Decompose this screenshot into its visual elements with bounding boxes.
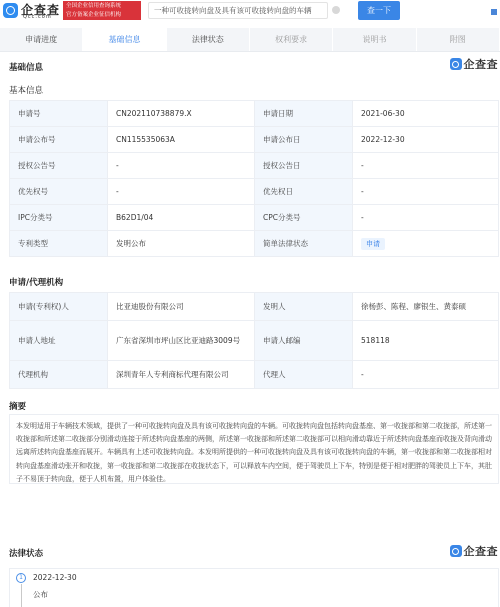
field-label: 申请日期 bbox=[255, 101, 353, 127]
field-label: 代理机构 bbox=[10, 361, 108, 389]
application-date: 2021-06-30 bbox=[353, 101, 499, 127]
cpc-class: - bbox=[353, 205, 499, 231]
table-row: 申请号 CN202110738879.X 申请日期 2021-06-30 bbox=[10, 101, 499, 127]
section-title-legal-status: 法律状态 bbox=[9, 547, 43, 559]
field-label: 授权公告日 bbox=[255, 153, 353, 179]
field-label: IPC分类号 bbox=[10, 205, 108, 231]
search-input[interactable]: 一种可收拢转向盘及具有该可收拢转向盘的车辆 bbox=[148, 2, 328, 19]
tab-bar: 申请进度 基础信息 法律状态 权利要求 说明书 附图 bbox=[0, 28, 500, 52]
section-subtitle-basic: 基本信息 bbox=[9, 84, 43, 96]
field-label: 申请号 bbox=[10, 101, 108, 127]
table-row: 授权公告号 - 授权公告日 - bbox=[10, 153, 499, 179]
qcc-logo-icon bbox=[450, 58, 462, 70]
abstract-text: 本发明适用于车辆技术领域，提供了一种可收拢转向盘及具有该可收拢转向盘的车辆。可收… bbox=[9, 414, 499, 484]
official-badge: 全国企业信用查询系统 官方备案企业征信机构 bbox=[63, 1, 141, 20]
qcc-logo-icon bbox=[450, 545, 462, 557]
table-row: 优先权号 - 优先权日 - bbox=[10, 179, 499, 205]
app-grid-icon[interactable] bbox=[491, 9, 497, 15]
priority-date: - bbox=[353, 179, 499, 205]
legal-status-cell: 申请 bbox=[353, 231, 499, 257]
field-label: 申请公布号 bbox=[10, 127, 108, 153]
table-row: 专利类型 发明公布 简单法律状态 申请 bbox=[10, 231, 499, 257]
field-label: 申请公布日 bbox=[255, 127, 353, 153]
field-label: 申请人地址 bbox=[10, 321, 108, 361]
agent: - bbox=[353, 361, 499, 389]
table-row: 申请(专利权)人 比亚迪股份有限公司 发明人 徐杨彭、陈程、廖银生、黄泰硕 bbox=[10, 293, 499, 321]
status-badge: 申请 bbox=[361, 238, 385, 250]
grant-number: - bbox=[108, 153, 255, 179]
field-label: 授权公告号 bbox=[10, 153, 108, 179]
applicant-address: 广东省深圳市坪山区比亚迪路3009号 bbox=[108, 321, 255, 361]
legal-status-text: 公布 bbox=[33, 589, 48, 600]
field-label: 优先权日 bbox=[255, 179, 353, 205]
section-title-abstract: 摘要 bbox=[9, 400, 26, 412]
tab-legal-status[interactable]: 法律状态 bbox=[167, 28, 250, 51]
tab-drawings[interactable]: 附图 bbox=[417, 28, 500, 51]
agency-link[interactable]: 深圳青年人专利商标代理有限公司 bbox=[108, 361, 255, 389]
qcc-logo-icon[interactable] bbox=[3, 3, 18, 18]
patent-type: 发明公布 bbox=[108, 231, 255, 257]
brand-watermark: 企查查 bbox=[450, 544, 499, 558]
tab-application-progress[interactable]: 申请进度 bbox=[0, 28, 83, 51]
badge-line-1: 全国企业信用查询系统 bbox=[66, 2, 138, 11]
search-button[interactable]: 查一下 bbox=[358, 1, 400, 20]
priority-number: - bbox=[108, 179, 255, 205]
field-label: 简单法律状态 bbox=[255, 231, 353, 257]
brand-watermark: 企查查 bbox=[450, 57, 499, 71]
inventors: 徐杨彭、陈程、廖银生、黄泰硕 bbox=[353, 293, 499, 321]
field-label: 发明人 bbox=[255, 293, 353, 321]
publication-number: CN115535063A bbox=[108, 127, 255, 153]
publication-date: 2022-12-30 bbox=[353, 127, 499, 153]
tab-description[interactable]: 说明书 bbox=[333, 28, 416, 51]
applicant-link[interactable]: 比亚迪股份有限公司 bbox=[108, 293, 255, 321]
application-number: CN202110738879.X bbox=[108, 101, 255, 127]
field-label: CPC分类号 bbox=[255, 205, 353, 231]
clear-search-icon[interactable] bbox=[332, 6, 340, 14]
field-label: 优先权号 bbox=[10, 179, 108, 205]
applicant-postcode: 518118 bbox=[353, 321, 499, 361]
logo-domain: Qcc.com bbox=[23, 14, 52, 20]
table-row: IPC分类号 B62D1/04 CPC分类号 - bbox=[10, 205, 499, 231]
table-row: 申请公布号 CN115535063A 申请公布日 2022-12-30 bbox=[10, 127, 499, 153]
legal-status-date: 2022-12-30 bbox=[33, 573, 77, 582]
tab-basic-info[interactable]: 基础信息 bbox=[83, 28, 166, 51]
field-label: 代理人 bbox=[255, 361, 353, 389]
table-row: 申请人地址 广东省深圳市坪山区比亚迪路3009号 申请人邮编 518118 bbox=[10, 321, 499, 361]
field-label: 专利类型 bbox=[10, 231, 108, 257]
badge-line-2: 官方备案企业征信机构 bbox=[66, 11, 138, 20]
step-number-icon: 1 bbox=[16, 573, 26, 583]
site-header: 企查查 Qcc.com 全国企业信用查询系统 官方备案企业征信机构 一种可收拢转… bbox=[0, 0, 500, 26]
timeline-line bbox=[21, 584, 22, 607]
grant-date: - bbox=[353, 153, 499, 179]
applicant-table: 申请(专利权)人 比亚迪股份有限公司 发明人 徐杨彭、陈程、廖银生、黄泰硕 申请… bbox=[9, 292, 499, 389]
legal-status-timeline: 1 2022-12-30 公布 bbox=[9, 568, 499, 607]
tab-claims[interactable]: 权利要求 bbox=[250, 28, 333, 51]
ipc-class: B62D1/04 bbox=[108, 205, 255, 231]
section-title-applicant: 申请/代理机构 bbox=[9, 276, 63, 288]
section-title-basic-info: 基础信息 bbox=[9, 61, 43, 73]
field-label: 申请(专利权)人 bbox=[10, 293, 108, 321]
basic-info-table: 申请号 CN202110738879.X 申请日期 2021-06-30 申请公… bbox=[9, 100, 499, 257]
table-row: 代理机构 深圳青年人专利商标代理有限公司 代理人 - bbox=[10, 361, 499, 389]
field-label: 申请人邮编 bbox=[255, 321, 353, 361]
